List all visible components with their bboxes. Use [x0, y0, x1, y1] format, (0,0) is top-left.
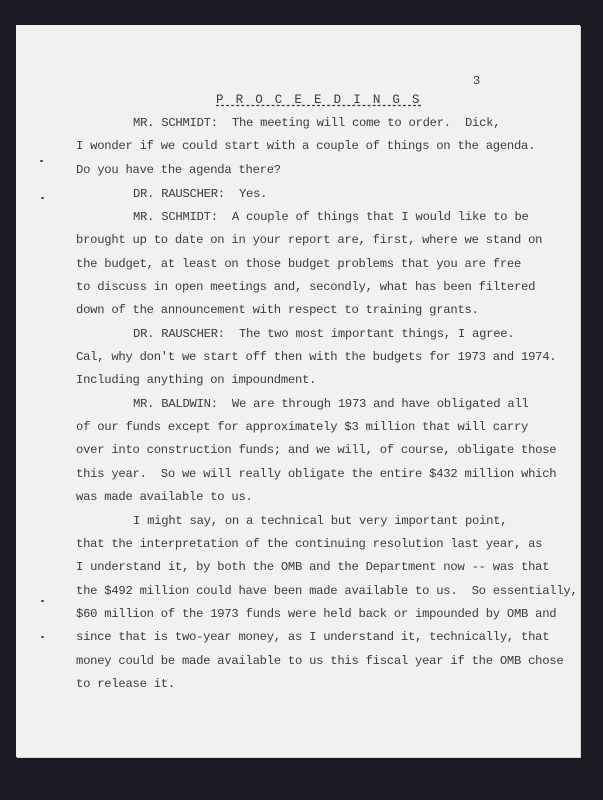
text-line: brought up to date on in your report are… — [76, 233, 542, 247]
paragraph-first-line: MR. SCHMIDT: The meeting will come to or… — [133, 116, 500, 130]
text-line: to discuss in open meetings and, secondl… — [76, 280, 535, 294]
text-line: Do you have the agenda there? — [76, 163, 281, 177]
margin-mark — [41, 197, 44, 199]
paragraph-first-line: MR. BALDWIN: We are through 1973 and hav… — [133, 397, 529, 411]
text-line: the $492 million could have been made av… — [76, 584, 578, 598]
margin-mark — [41, 636, 44, 638]
text-line: over into construction funds; and we wil… — [76, 443, 556, 457]
text-line: Including anything on impoundment. — [76, 373, 316, 387]
text-line: $60 million of the 1973 funds were held … — [76, 607, 556, 621]
document-heading: P R O C E E D I N G S — [216, 93, 422, 107]
text-line: Cal, why don't we start off then with th… — [76, 350, 556, 364]
paragraph-first-line: DR. RAUSCHER: Yes. — [133, 187, 267, 201]
text-line: to release it. — [76, 677, 175, 691]
document-page — [16, 25, 580, 757]
text-line: I wonder if we could start with a couple… — [76, 139, 535, 153]
text-line: was made available to us. — [76, 490, 253, 504]
text-line: that the interpretation of the continuin… — [76, 537, 542, 551]
text-line: of our funds except for approximately $3… — [76, 420, 528, 434]
text-line: down of the announcement with respect to… — [76, 303, 479, 317]
text-line: money could be made available to us this… — [76, 654, 563, 668]
text-line: since that is two-year money, as I under… — [76, 630, 549, 644]
text-line: I understand it, by both the OMB and the… — [76, 560, 549, 574]
text-line: this year. So we will really obligate th… — [76, 467, 556, 481]
paragraph-first-line: I might say, on a technical but very imp… — [133, 514, 507, 528]
paragraph-first-line: MR. SCHMIDT: A couple of things that I w… — [133, 210, 529, 224]
page-number: 3 — [473, 74, 480, 88]
text-line: the budget, at least on those budget pro… — [76, 257, 521, 271]
margin-mark — [40, 160, 43, 162]
margin-mark — [41, 600, 44, 602]
paragraph-first-line: DR. RAUSCHER: The two most important thi… — [133, 327, 514, 341]
